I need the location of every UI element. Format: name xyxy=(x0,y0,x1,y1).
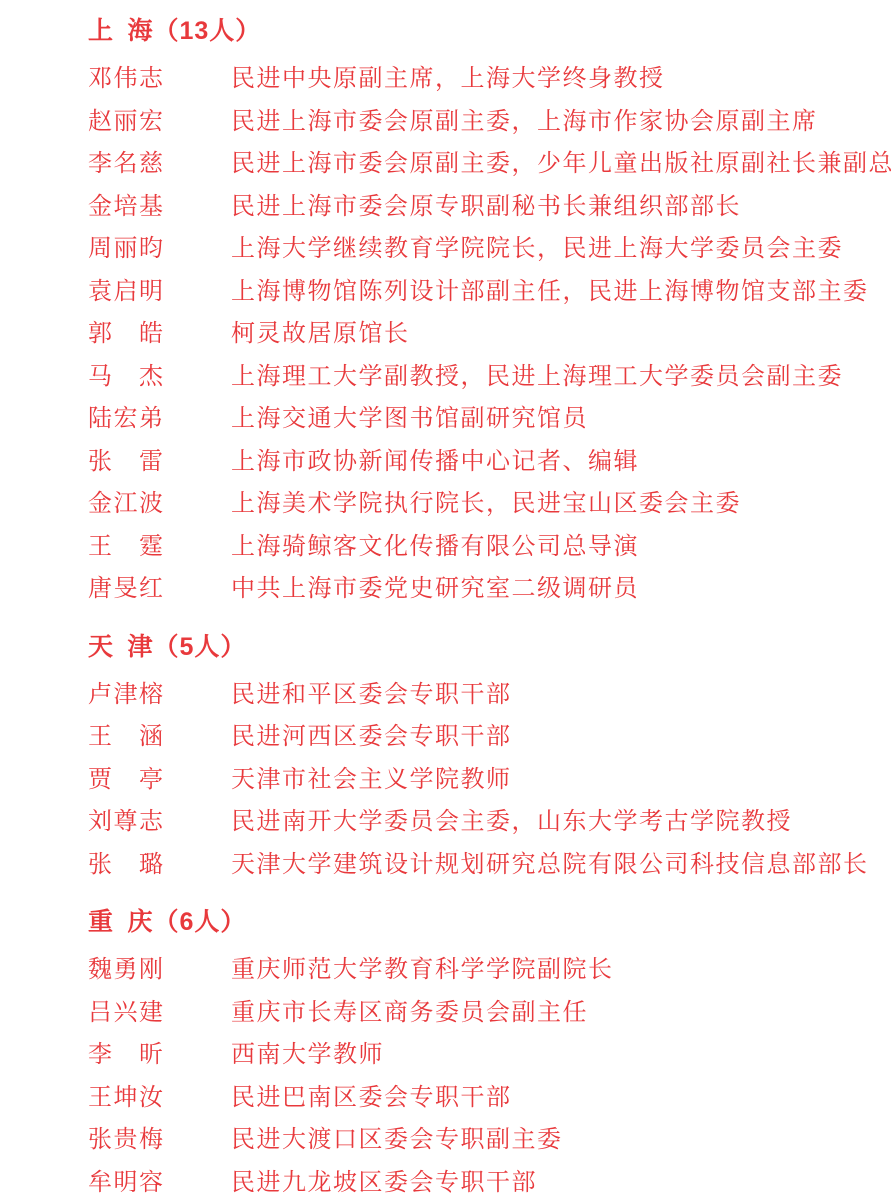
person-title: 民进九龙坡区委会专职干部 xyxy=(231,1162,871,1200)
person-name: 马 杰 xyxy=(88,356,231,399)
person-name: 王 涵 xyxy=(88,716,231,759)
section-heading-tianjin: 天 津（5人） xyxy=(88,626,871,668)
list-item: 吕兴建 重庆市长寿区商务委员会副主任 xyxy=(88,992,871,1035)
list-item: 赵丽宏 民进上海市委会原副主委，上海市作家协会原副主席 xyxy=(88,101,871,144)
list-item: 王坤汝 民进巴南区委会专职干部 xyxy=(88,1077,871,1120)
person-name: 袁启明 xyxy=(88,271,231,314)
person-title: 民进河西区委会专职干部 xyxy=(231,716,871,759)
person-title: 民进上海市委会原专职副秘书长兼组织部部长 xyxy=(231,186,871,229)
person-name: 李 昕 xyxy=(88,1034,231,1077)
list-item: 李 昕 西南大学教师 xyxy=(88,1034,871,1077)
list-item: 牟明容 民进九龙坡区委会专职干部 xyxy=(88,1162,871,1200)
section-tianjin: 天 津（5人） 卢津榕 民进和平区委会专职干部 王 涵 民进河西区委会专职干部 … xyxy=(88,626,871,887)
person-title: 上海交通大学图书馆副研究馆员 xyxy=(231,398,871,441)
section-heading-chongqing: 重 庆（6人） xyxy=(88,901,871,943)
person-name: 陆宏弟 xyxy=(88,398,231,441)
person-title: 中共上海市委党史研究室二级调研员 xyxy=(231,568,871,611)
list-item: 张 雷 上海市政协新闻传播中心记者、编辑 xyxy=(88,441,871,484)
person-name: 郭 皓 xyxy=(88,313,231,356)
person-name: 卢津榕 xyxy=(88,674,231,717)
person-title: 天津大学建筑设计规划研究总院有限公司科技信息部部长 xyxy=(231,844,871,887)
person-title: 上海大学继续教育学院院长，民进上海大学委员会主委 xyxy=(231,228,871,271)
person-title: 民进和平区委会专职干部 xyxy=(231,674,871,717)
list-item: 魏勇刚 重庆师范大学教育科学学院副院长 xyxy=(88,949,871,992)
person-title: 民进大渡口区委会专职副主委 xyxy=(231,1119,871,1162)
list-item: 刘尊志 民进南开大学委员会主委，山东大学考古学院教授 xyxy=(88,801,871,844)
person-name: 唐旻红 xyxy=(88,568,231,611)
person-title: 民进上海市委会原副主委，少年儿童出版社原副社长兼副总编辑 xyxy=(231,143,891,186)
person-name: 张贵梅 xyxy=(88,1119,231,1162)
section-shanghai: 上 海（13人） 邓伟志 民进中央原副主席，上海大学终身教授 赵丽宏 民进上海市… xyxy=(88,10,871,611)
person-name: 邓伟志 xyxy=(88,58,231,101)
person-title: 天津市社会主义学院教师 xyxy=(231,759,871,802)
list-item: 张 璐 天津大学建筑设计规划研究总院有限公司科技信息部部长 xyxy=(88,844,871,887)
list-item: 金培基 民进上海市委会原专职副秘书长兼组织部部长 xyxy=(88,186,871,229)
person-title: 上海骑鲸客文化传播有限公司总导演 xyxy=(231,526,871,569)
person-title: 民进巴南区委会专职干部 xyxy=(231,1077,871,1120)
list-item: 周丽昀 上海大学继续教育学院院长，民进上海大学委员会主委 xyxy=(88,228,871,271)
list-item: 郭 皓 柯灵故居原馆长 xyxy=(88,313,871,356)
person-title: 柯灵故居原馆长 xyxy=(231,313,871,356)
list-item: 陆宏弟 上海交通大学图书馆副研究馆员 xyxy=(88,398,871,441)
list-item: 王 霆 上海骑鲸客文化传播有限公司总导演 xyxy=(88,526,871,569)
person-name: 金江波 xyxy=(88,483,231,526)
list-item: 卢津榕 民进和平区委会专职干部 xyxy=(88,674,871,717)
list-item: 李名慈 民进上海市委会原副主委，少年儿童出版社原副社长兼副总编辑 xyxy=(88,143,871,186)
person-name: 李名慈 xyxy=(88,143,231,186)
person-name: 周丽昀 xyxy=(88,228,231,271)
person-name: 王 霆 xyxy=(88,526,231,569)
person-name: 牟明容 xyxy=(88,1162,231,1200)
person-name: 贾 亭 xyxy=(88,759,231,802)
person-title: 上海市政协新闻传播中心记者、编辑 xyxy=(231,441,871,484)
list-item: 邓伟志 民进中央原副主席，上海大学终身教授 xyxy=(88,58,871,101)
document-page: 上 海（13人） 邓伟志 民进中央原副主席，上海大学终身教授 赵丽宏 民进上海市… xyxy=(0,0,891,1200)
document-content: 上 海（13人） 邓伟志 民进中央原副主席，上海大学终身教授 赵丽宏 民进上海市… xyxy=(0,0,891,1200)
person-name: 魏勇刚 xyxy=(88,949,231,992)
list-item: 马 杰 上海理工大学副教授，民进上海理工大学委员会副主委 xyxy=(88,356,871,399)
person-title: 重庆市长寿区商务委员会副主任 xyxy=(231,992,871,1035)
list-item: 金江波 上海美术学院执行院长，民进宝山区委会主委 xyxy=(88,483,871,526)
list-item: 张贵梅 民进大渡口区委会专职副主委 xyxy=(88,1119,871,1162)
section-chongqing: 重 庆（6人） 魏勇刚 重庆师范大学教育科学学院副院长 吕兴建 重庆市长寿区商务… xyxy=(88,901,871,1200)
person-name: 金培基 xyxy=(88,186,231,229)
person-name: 吕兴建 xyxy=(88,992,231,1035)
list-item: 袁启明 上海博物馆陈列设计部副主任，民进上海博物馆支部主委 xyxy=(88,271,871,314)
person-name: 赵丽宏 xyxy=(88,101,231,144)
person-title: 重庆师范大学教育科学学院副院长 xyxy=(231,949,871,992)
person-title: 民进上海市委会原副主委，上海市作家协会原副主席 xyxy=(231,101,871,144)
section-heading-shanghai: 上 海（13人） xyxy=(88,10,871,52)
list-item: 贾 亭 天津市社会主义学院教师 xyxy=(88,759,871,802)
person-name: 王坤汝 xyxy=(88,1077,231,1120)
person-name: 刘尊志 xyxy=(88,801,231,844)
person-title: 上海美术学院执行院长，民进宝山区委会主委 xyxy=(231,483,871,526)
list-item: 唐旻红 中共上海市委党史研究室二级调研员 xyxy=(88,568,871,611)
person-title: 上海理工大学副教授，民进上海理工大学委员会副主委 xyxy=(231,356,871,399)
person-title: 民进南开大学委员会主委，山东大学考古学院教授 xyxy=(231,801,871,844)
person-title: 上海博物馆陈列设计部副主任，民进上海博物馆支部主委 xyxy=(231,271,871,314)
person-name: 张 雷 xyxy=(88,441,231,484)
list-item: 王 涵 民进河西区委会专职干部 xyxy=(88,716,871,759)
person-name: 张 璐 xyxy=(88,844,231,887)
person-title: 西南大学教师 xyxy=(231,1034,871,1077)
person-title: 民进中央原副主席，上海大学终身教授 xyxy=(231,58,871,101)
